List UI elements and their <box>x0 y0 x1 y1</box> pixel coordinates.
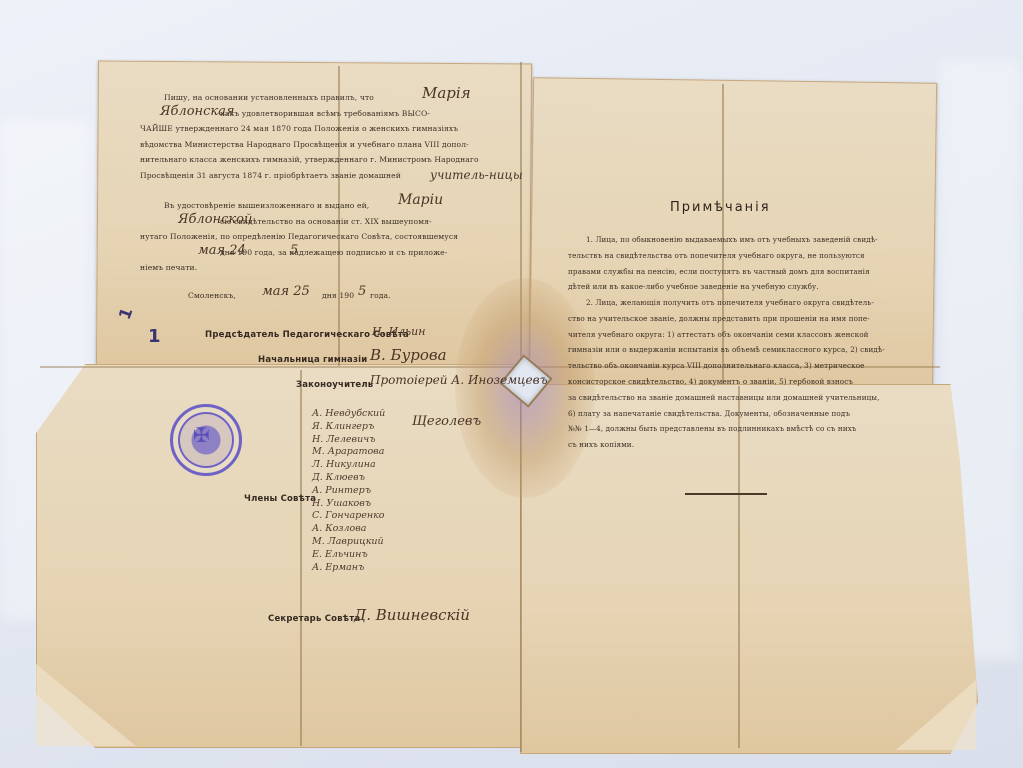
headmistress-signature: В. Бурова <box>370 346 447 364</box>
member-signature: Д. Клюевъ <box>312 472 385 485</box>
member-signature: Я. Клингеръ <box>312 421 385 434</box>
note-line: правами службы на пенсію, если поступятъ… <box>568 267 870 276</box>
note-line: 1. Лица, по обыкновенію выдаваемыхъ имъ … <box>586 235 878 244</box>
double-headed-eagle-icon: ✠ <box>193 425 210 445</box>
member-signature: А. Козлова <box>312 523 385 536</box>
typed-line: дня 190 года, за надлежащею подписью и с… <box>220 248 447 257</box>
note-line: за свидѣтельство на званіе домашней наст… <box>568 393 880 402</box>
handwritten-date-certified: мая 24 <box>198 243 246 258</box>
member-signature: С. Гончаренко <box>312 510 385 523</box>
place-date-suffix: дня 190 <box>322 288 354 304</box>
note-line: гимназіи или о выдержаніи испытанія въ о… <box>568 345 885 354</box>
note-line: 6) плату за напечатаніе свидѣтельства. Д… <box>568 409 850 418</box>
note-1: 1. Лица, по обыкновенію выдаваемыхъ имъ … <box>568 232 928 295</box>
typed-line: ніемъ печати. <box>140 263 197 272</box>
note-line: ство на учительское званіе, должны предс… <box>568 314 870 323</box>
handwritten-title: учитель-ницы <box>430 168 523 182</box>
member-signature: А. Ерманъ <box>312 562 385 575</box>
note-line: №№ 1—4, должны быть представлены въ подл… <box>568 424 857 433</box>
member-signature: М. Араратова <box>312 446 385 459</box>
typed-line: какъ удовлетворившая всѣмъ требованіямъ … <box>220 109 430 118</box>
secretary-label: Секретарь Совѣта <box>268 614 360 624</box>
year-prefix: дня 190 <box>322 291 354 300</box>
member-signature: А. Ринтеръ <box>312 485 385 498</box>
religion-teacher-signature: Протоіерей А. Иноземцевъ <box>370 373 548 387</box>
chairman-signature: Н. Ильин <box>372 325 426 338</box>
member-signature: М. Лаврицкий <box>312 536 385 549</box>
member-signature: Л. Никулина <box>312 459 385 472</box>
council-members-label: Члены Совѣта <box>244 494 316 504</box>
member-signature: Н. Лелевичъ <box>312 434 385 447</box>
place-date-line: Смоленскъ, <box>188 288 236 304</box>
city-label: Смоленскъ, <box>188 291 236 300</box>
note-line: консисторское свидѣтельство, 4) документ… <box>568 377 853 386</box>
handwritten-last-name: Яблонская <box>160 104 235 119</box>
member-signature: Е. Ельчинъ <box>312 549 385 562</box>
year-suffix: года. <box>370 291 391 300</box>
typed-line: Пишу, на основании установленныхъ правил… <box>140 93 374 102</box>
note-line: чителя учебнаго округа: 1) аттестатъ объ… <box>568 330 869 339</box>
typed-line: вѣдомства Министерства Народнаго Просвѣщ… <box>140 140 469 149</box>
note-line: дѣтей или въ какое-либо учебное заведені… <box>568 282 819 291</box>
note-line: тельство объ окончаніи курса VIII дополн… <box>568 361 865 370</box>
council-members-signatures: А. Невдубский Я. Клингеръ Н. Лелевичъ М.… <box>312 408 385 574</box>
typed-line: Просвѣщенія 31 августа 1874 г. пріобрѣта… <box>140 171 401 180</box>
paragraph-2: Въ удостовѣреніе вышеизложеннаго и выдан… <box>140 198 520 276</box>
typed-line: нутаго Положенія, по опредѣленію Педагог… <box>140 232 458 241</box>
typed-line: нительнаго класса женскихъ гимназій, утв… <box>140 155 479 164</box>
handwritten-issue-date: мая 25 <box>262 284 310 299</box>
member-extra-signature: Щеголевъ <box>412 414 481 429</box>
member-signature: А. Невдубский <box>312 408 385 421</box>
note-line: 2. Лица, желающія получить отъ попечител… <box>586 298 874 307</box>
typed-line: Въ удостовѣреніе вышеизложеннаго и выдан… <box>164 201 369 210</box>
handwritten-issue-year-digit: 5 <box>358 284 366 299</box>
headmistress-label: Начальница гимназіи <box>258 355 367 365</box>
handwritten-last-name-genitive: Яблонской <box>178 212 252 227</box>
handwritten-year-digit: 5 <box>290 243 298 258</box>
handwritten-first-name-genitive: Маріи <box>398 192 443 208</box>
ornamental-divider <box>685 493 767 495</box>
note-line: тельствъ на свидѣтельства отъ попечителя… <box>568 251 865 260</box>
notes-title: Примѣчанія <box>670 200 771 215</box>
handwritten-first-name: Марія <box>422 84 471 102</box>
note-line: съ нихъ копіями. <box>568 440 634 449</box>
member-signature: Н. Ушаковъ <box>312 498 385 511</box>
secretary-signature: Д. Вишневскій <box>354 606 470 624</box>
place-date-end: года. <box>370 288 391 304</box>
religion-teacher-label: Законоучитель <box>296 380 373 390</box>
typed-line: ЧАЙШЕ утвержденнаго 24 мая 1870 года Пол… <box>140 124 458 133</box>
crease-vertical <box>300 370 302 746</box>
margin-ink-mark: 1 <box>148 326 161 347</box>
note-2: 2. Лица, желающія получить отъ попечител… <box>568 295 933 453</box>
